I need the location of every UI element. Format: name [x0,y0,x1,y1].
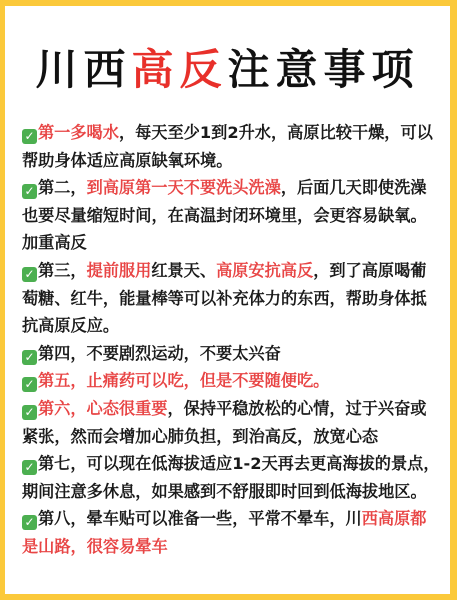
tip-text: 第七，可以现在低海拔适应1-2天再去更高海拔的景点，期间注意多休息，如果感到不舒… [22,454,440,501]
check-icon: ✓ [22,515,37,530]
tip-text: 第五，止痛药可以吃，但是不要随便吃。 [38,371,329,390]
check-icon: ✓ [22,267,37,282]
check-icon: ✓ [22,129,37,144]
tip-item-7: ✓第七，可以现在低海拔适应1-2天再去更高海拔的景点，期间注意多休息，如果感到不… [22,450,442,505]
tip-text: 红景天、 [151,261,216,280]
check-icon: ✓ [22,405,37,420]
title-highlight: 高反 [131,45,227,94]
tip-text: 到高原第一天不要洗头洗澡 [87,178,281,197]
tip-item-4: ✓第四，不要剧烈运动，不要太兴奋 [22,340,442,368]
check-icon: ✓ [22,377,37,392]
tip-item-5: ✓第五，止痛药可以吃，但是不要随便吃。 [22,367,442,395]
tip-text: 第八，晕车贴可以准备一些，平常不晕车，川 [38,509,362,528]
tip-text: 提前服用 [87,261,152,280]
tip-item-2: ✓第二，到高原第一天不要洗头洗澡，后面几天即使洗澡也要尽量缩短时间，在高温封闭环… [22,174,442,257]
tip-item-6: ✓第六，心态很重要，保持平稳放松的心情，过于兴奋或紧张，然而会增加心肺负担，到治… [22,395,442,450]
tip-item-3: ✓第三，提前服用红景天、高原安抗高反，到了高原喝葡萄糖、红牛，能量棒等可以补充体… [22,257,442,340]
title-part-3: 注意事项 [228,45,420,94]
page-title: 川西高反注意事项 [5,44,450,96]
title-part-1: 川西 [35,45,131,94]
tip-text: 第二， [38,178,87,197]
check-icon: ✓ [22,350,37,365]
tip-text: 第三， [38,261,87,280]
tip-text: 高原安抗高反 [216,261,313,280]
tip-text: 第一多喝水 [38,123,119,142]
card-frame: 川西高反注意事项 ✓第一多喝水，每天至少1到2升水，高原比较干燥，可以帮助身体适… [5,6,450,594]
tip-item-1: ✓第一多喝水，每天至少1到2升水，高原比较干燥，可以帮助身体适应高原缺氧环境。 [22,119,442,174]
tips-list: ✓第一多喝水，每天至少1到2升水，高原比较干燥，可以帮助身体适应高原缺氧环境。 … [22,119,442,561]
check-icon: ✓ [22,184,37,199]
tip-text: 第六，心态很重要 [38,399,168,418]
tip-item-8: ✓第八，晕车贴可以准备一些，平常不晕车，川西高原都是山路，很容易晕车 [22,505,442,560]
check-icon: ✓ [22,460,37,475]
tip-text: 第四，不要剧烈运动，不要太兴奋 [38,344,281,363]
